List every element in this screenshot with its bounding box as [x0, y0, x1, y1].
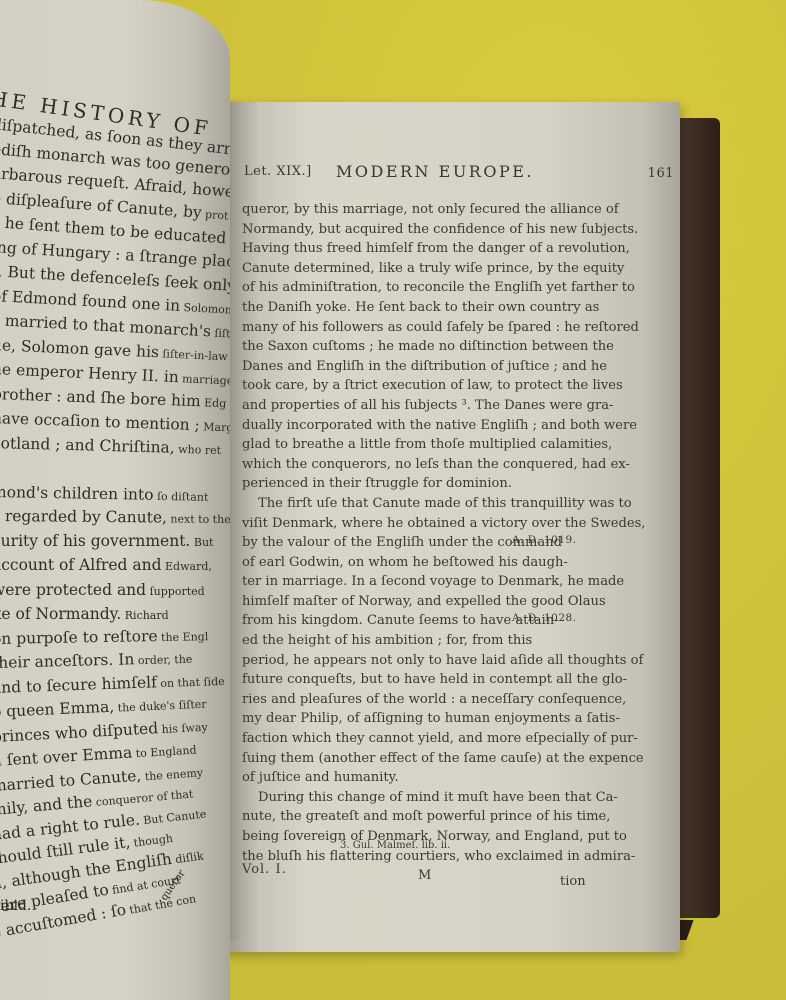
text-line: and properties of all his ſubjects ³. Th… [242, 396, 594, 416]
page-footer: Vol. I. M tion [242, 862, 602, 884]
margin-date-note: A. D. 1019. [512, 534, 577, 546]
text-line-tail: order, the [134, 653, 192, 668]
running-title: MODERN EUROPE. [336, 162, 534, 181]
running-header: Let. XIX.] MODERN EUROPE. 161 [244, 162, 644, 186]
book-back-cover [676, 118, 720, 918]
text-line: took care, by a ſtrict execution of law,… [242, 376, 594, 396]
text-line: mond's children into [0, 483, 154, 504]
text-line: s regarded by Canute, [0, 507, 167, 527]
text-line-tail: next to the [167, 513, 230, 527]
text-line-tail: prot [201, 207, 229, 222]
text-line: on purpoſe to reſtore [0, 627, 158, 648]
footnote: 3. Gul. Malmeſ. lib. ii. [340, 840, 450, 851]
text-line: ries and pleaſures of the world : a nece… [242, 690, 594, 710]
text-line: Normandy, but acquired the confidence of… [242, 220, 594, 240]
text-line: curity of his government. [0, 532, 190, 550]
text-line-tail: ſo diſtant [153, 489, 208, 503]
text-line: were protected and [0, 581, 146, 599]
text-line: o queen Emma, [0, 698, 115, 721]
text-line: the Daniſh yoke. He ſent back to their o… [242, 298, 594, 318]
text-line: the Saxon cuſtoms ; he made no diſtincti… [242, 337, 594, 357]
text-line: The firſt uſe that Canute made of this t… [242, 494, 594, 514]
body-text: diſpatched, as ſoon as they arrived at e… [0, 112, 230, 945]
margin-date-note: A. D. 1028. [512, 612, 577, 624]
text-line: nute, the greateſt and moſt powerful pri… [242, 807, 594, 827]
text-line-tail: ſiſter-in-law [159, 347, 228, 363]
text-line-tail: Marg [200, 420, 230, 434]
text-line: period, he appears not only to have laid… [242, 651, 594, 671]
text-line: ue, Solomon gave his [0, 336, 159, 361]
text-line-tail: on that ſide [157, 674, 225, 689]
text-line-tail: Richard [121, 609, 168, 622]
text-line-tail: his ſway [158, 720, 208, 736]
text-line: During this change of mind it muſt have … [242, 788, 594, 808]
text-line: perienced in their ſtruggle for dominion… [242, 474, 594, 494]
text-line: viſit Denmark, where he obtained a victo… [242, 514, 594, 534]
text-line: Canute determined, like a truly wiſe pri… [242, 259, 594, 279]
text-line: ſuing them (another effect of the ſame c… [242, 749, 594, 769]
footnote-fragment: ibid. [0, 898, 31, 914]
text-line: queror, by this marriage, not only ſecur… [242, 200, 594, 220]
text-line-tail: to England [132, 744, 197, 761]
text-line: brother : and ſhe bore him [0, 385, 201, 410]
text-line-tail: ſupported [146, 585, 205, 598]
text-line-tail: in [226, 233, 230, 247]
text-line: future conqueſts, but to have held in co… [242, 670, 594, 690]
text-line: have occaſion to mention ; [0, 409, 200, 434]
text-line: dually incorporated with the native Engl… [242, 416, 594, 436]
right-page: Let. XIX.] MODERN EUROPE. 161 queror, by… [218, 102, 680, 952]
text-line-tail: Solomon [180, 300, 230, 316]
text-line-tail: ſiſter [211, 326, 230, 341]
text-line-tail: Edg [200, 396, 226, 410]
text-line-tail: who ret [175, 442, 222, 456]
text-line: cotland ; and Chriſtina, [0, 434, 175, 457]
text-line-tail: the duke's ſiſter [114, 698, 207, 715]
text-line-tail: the Engl [157, 630, 208, 644]
text-line: ed the height of his ambition ; for, fro… [242, 631, 494, 651]
text-line: ter in marriage. In a ſecond voyage to D… [242, 572, 594, 592]
text-line: ke of Normandy. [0, 605, 121, 623]
text-line: Having thus freed himſelf from the dange… [242, 239, 594, 259]
text-line: my dear Philip, of aſſigning to human en… [242, 709, 594, 729]
left-page: HE HISTORY OF[Part diſpatched, as ſoon a… [0, 0, 230, 1000]
page-number: 161 [648, 166, 674, 181]
text-line: Danes and Engliſh in the diſtribution of… [242, 357, 594, 377]
text-line: of earl Godwin, on whom he beſtowed his … [242, 553, 494, 573]
text-line: account of Alfred and [0, 556, 162, 574]
text-line: by the valour of the Engliſh under the c… [242, 533, 494, 553]
text-line: their anceſtors. In [0, 650, 135, 672]
text-line: of juſtice and humanity. [242, 768, 594, 788]
text-line: glad to breathe a little from thoſe mult… [242, 435, 594, 455]
catchword: tion [560, 874, 586, 889]
text-line: faction which they cannot yield, and mor… [242, 729, 594, 749]
text-line: which the conquerors, no leſs than the c… [242, 455, 594, 475]
text-line: many of his followers as could ſafely be… [242, 318, 594, 338]
text-line-tail: Edward, [162, 560, 212, 573]
letter-number: Let. XIX.] [244, 164, 312, 179]
text-line: from his kingdom. Canute ſeems to have a… [242, 611, 494, 631]
text-line-tail: But [190, 536, 213, 549]
signature-mark: M [418, 868, 431, 883]
volume-label: Vol. I. [242, 862, 287, 877]
text-line: of his adminiſtration, to reconcile the … [242, 278, 594, 298]
text-line: himſelf maſter of Norway, and expelled t… [242, 592, 594, 612]
text-line-tail: marriage [178, 372, 230, 387]
